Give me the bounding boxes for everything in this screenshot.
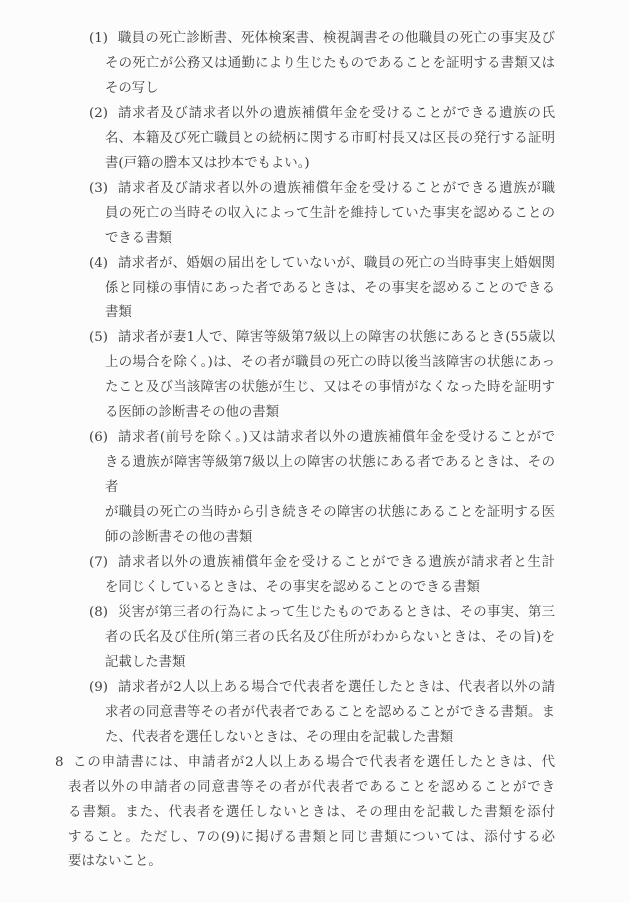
list-item-5: (5) 請求者が妻1人で、障害等級第7級以上の障害の状態にあるとき(55歳以 上… bbox=[105, 326, 555, 426]
text-line: る医師の診断書その他の書類 bbox=[105, 401, 555, 426]
text-line: その死亡が公務又は通勤により生じたものであることを証明する書類又は bbox=[105, 52, 555, 77]
text-line: る書類。また、代表者を選任しないときは、その理由を記載した書類を添付 bbox=[68, 801, 555, 826]
text-line: 請求者が、婚姻の届出をしていないが、職員の死亡の当時事実上婚姻関 bbox=[105, 252, 555, 277]
text-line: 請求者以外の遺族補償年金を受けることができる遺族が請求者と生計 bbox=[105, 551, 555, 576]
list-item-7: (7) 請求者以外の遺族補償年金を受けることができる遺族が請求者と生計 を同じく… bbox=[105, 551, 555, 601]
text-line: 災害が第三者の行為によって生じたものであるときは、その事実、第三 bbox=[105, 601, 555, 626]
text-line: できる書類 bbox=[105, 227, 555, 252]
text-line: た、代表者を選任しないときは、その理由を記載した書類 bbox=[105, 726, 555, 751]
item-number: 8 bbox=[55, 751, 64, 776]
item-number: (6) bbox=[89, 426, 108, 451]
text-line: 者の氏名及び住所(第三者の氏名及び住所がわからないときは、その旨)を bbox=[105, 626, 555, 651]
text-line: 記載した書類 bbox=[105, 651, 555, 676]
item-number: (1) bbox=[89, 27, 108, 52]
item-number: (5) bbox=[89, 326, 108, 351]
list-item-4: (4) 請求者が、婚姻の届出をしていないが、職員の死亡の当時事実上婚姻関 係と同… bbox=[105, 252, 555, 327]
item-number: (3) bbox=[89, 177, 108, 202]
text-line: 表者以外の申請者の同意書等その者が代表者であることを認めることができ bbox=[68, 776, 555, 801]
list-item-9: (9) 請求者が2人以上ある場合で代表者を選任したときは、代表者以外の請 求者の… bbox=[105, 676, 555, 751]
item-number: (9) bbox=[89, 676, 108, 701]
item-number: (7) bbox=[89, 551, 108, 576]
item-number: (8) bbox=[89, 601, 108, 626]
text-line: 請求者が2人以上ある場合で代表者を選任したときは、代表者以外の請 bbox=[105, 676, 555, 701]
text-line: を同じくしているときは、その事実を認めることのできる書類 bbox=[105, 576, 555, 601]
text-line: きる遺族が障害等級第7級以上の障害の状態にある者であるときは、その者 bbox=[105, 451, 555, 501]
text-line: 係と同様の事情にあった者であるときは、その事実を認めることのできる bbox=[105, 277, 555, 302]
list-item-6: (6) 請求者(前号を除く。)又は請求者以外の遺族補償年金を受けることがで きる… bbox=[105, 426, 555, 551]
text-line: 書(戸籍の謄本又は抄本でもよい。) bbox=[105, 152, 555, 177]
document-page: (1) 職員の死亡診断書、死体検案書、検視調書その他職員の死亡の事実及び その死… bbox=[0, 0, 630, 903]
text-line: 請求者及び請求者以外の遺族補償年金を受けることができる遺族が職 bbox=[105, 177, 555, 202]
list-item-2: (2) 請求者及び請求者以外の遺族補償年金を受けることができる遺族の氏 名、本籍… bbox=[105, 102, 555, 177]
item-number: (2) bbox=[89, 102, 108, 127]
text-line: すること。ただし、7の(9)に掲げる書類と同じ書類については、添付する必 bbox=[68, 826, 555, 851]
text-line: が職員の死亡の当時から引き続きその障害の状態にあることを証明する医 bbox=[105, 501, 555, 526]
text-line: 要はないこと。 bbox=[68, 850, 555, 875]
list-item-1: (1) 職員の死亡診断書、死体検案書、検視調書その他職員の死亡の事実及び その死… bbox=[105, 27, 555, 102]
text-line: その写し bbox=[105, 77, 555, 102]
item-number: (4) bbox=[89, 252, 108, 277]
text-line: 請求者及び請求者以外の遺族補償年金を受けることができる遺族の氏 bbox=[105, 102, 555, 127]
text-line: 請求者(前号を除く。)又は請求者以外の遺族補償年金を受けることがで bbox=[105, 426, 555, 451]
list-item-3: (3) 請求者及び請求者以外の遺族補償年金を受けることができる遺族が職 員の死亡… bbox=[105, 177, 555, 252]
section-8: 8 この申請書には、申請者が2人以上ある場合で代表者を選任したときは、代 表者以… bbox=[68, 751, 555, 876]
text-line: 師の診断書その他の書類 bbox=[105, 526, 555, 551]
text-line: たこと及び当該障害の状態が生じ、又はその事情がなくなった時を証明す bbox=[105, 376, 555, 401]
text-line: 上の場合を除く。)は、その者が職員の死亡の時以後当該障害の状態にあっ bbox=[105, 351, 555, 376]
text-line: 書類 bbox=[105, 301, 555, 326]
text-line: この申請書には、申請者が2人以上ある場合で代表者を選任したときは、代 bbox=[68, 751, 555, 776]
list-item-8: (8) 災害が第三者の行為によって生じたものであるときは、その事実、第三 者の氏… bbox=[105, 601, 555, 676]
text-line: 職員の死亡診断書、死体検案書、検視調書その他職員の死亡の事実及び bbox=[105, 27, 555, 52]
text-line: 求者の同意書等その者が代表者であることを認めることができる書類。ま bbox=[105, 701, 555, 726]
text-line: 請求者が妻1人で、障害等級第7級以上の障害の状態にあるとき(55歳以 bbox=[105, 326, 555, 351]
text-line: 員の死亡の当時その収入によって生計を維持していた事実を認めることの bbox=[105, 202, 555, 227]
text-line: 名、本籍及び死亡職員との続柄に関する市町村長又は区長の発行する証明 bbox=[105, 127, 555, 152]
